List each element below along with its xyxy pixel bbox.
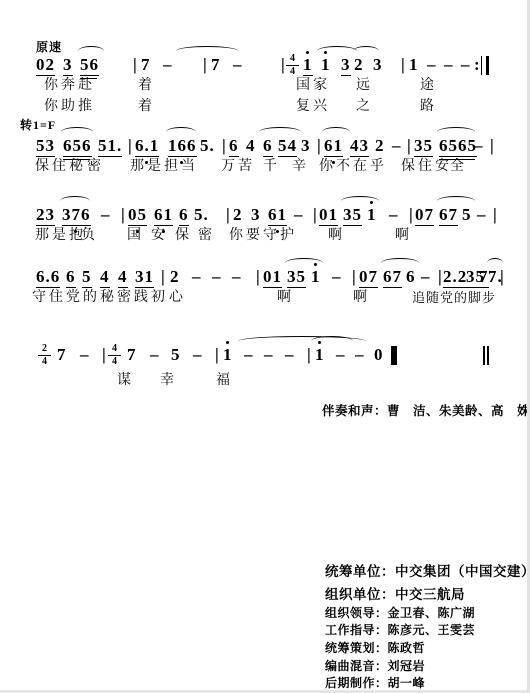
note: 61	[268, 206, 287, 226]
note: –	[233, 56, 243, 73]
lyric-syllable: 你不在乎	[319, 160, 387, 174]
note: 3	[63, 56, 73, 76]
time-signature-denominator: 4	[108, 355, 121, 367]
credit-line-arrangement: 编曲混音：刘冠岩	[325, 657, 425, 674]
slur	[487, 258, 503, 268]
barline: |	[493, 206, 498, 223]
note: 2	[354, 56, 364, 73]
note: 7	[127, 346, 137, 363]
lyric-syllable: 国家	[296, 79, 330, 93]
note: 31	[135, 268, 154, 288]
barline: |	[203, 56, 208, 73]
barline: |	[352, 268, 357, 285]
lyric-syllable: 啊	[277, 291, 294, 305]
lyric-syllable: 着	[138, 79, 155, 93]
credit-line-planning: 统筹策划：陈政哲	[325, 639, 425, 656]
note: –	[336, 346, 346, 363]
lyric-syllable: 负	[81, 229, 98, 243]
note: –	[294, 206, 304, 223]
note: 61	[154, 206, 173, 226]
tempo-mark: 转1=F	[20, 116, 56, 133]
slur	[78, 46, 104, 56]
note: –	[264, 346, 274, 363]
lyric-syllable: 你助推	[44, 100, 95, 114]
double-barline	[483, 346, 489, 365]
note: 1	[303, 56, 313, 76]
note: 4	[118, 268, 128, 288]
lyric-syllable: 那是担	[130, 160, 181, 174]
slur	[176, 46, 238, 56]
slur	[166, 127, 196, 137]
note: –	[332, 268, 342, 285]
note: 07	[415, 206, 434, 226]
slur	[381, 258, 419, 268]
lyric-syllable: 全	[450, 160, 467, 174]
note: 3	[301, 137, 311, 154]
lyric-syllable: 啊	[353, 291, 370, 305]
slur	[60, 196, 90, 206]
slur	[353, 46, 379, 56]
time-signature-numerator: 4	[286, 54, 299, 65]
note: 2.2	[443, 268, 467, 288]
note: –	[474, 137, 484, 154]
note: –	[150, 346, 160, 363]
note: 67	[383, 268, 402, 288]
tempo-mark: 原速	[36, 38, 62, 55]
lyric-syllable: 安	[151, 229, 168, 243]
note: 53	[36, 137, 55, 157]
lyric-syllable: 千	[263, 160, 280, 174]
lyric-syllable: 追随党的脚步	[412, 291, 496, 304]
slur	[259, 127, 301, 137]
note: –	[444, 56, 454, 73]
note: 1	[321, 56, 331, 73]
credit-line-leadership: 组织领导：金卫春、陈广湖	[325, 604, 475, 621]
lyric-syllable: 保	[175, 229, 192, 243]
barline: |	[401, 56, 406, 73]
note: 7	[141, 56, 151, 73]
barline: |	[500, 268, 505, 285]
barline: |	[133, 56, 138, 73]
note: –	[421, 268, 431, 285]
slur	[437, 127, 475, 137]
note: 656	[63, 137, 92, 157]
note: 35	[287, 268, 306, 288]
final-barline	[391, 346, 397, 365]
lyric-syllable: 万苦	[221, 160, 255, 174]
time-signature-denominator: 4	[286, 65, 299, 77]
note: –	[244, 346, 254, 363]
note: –	[392, 137, 402, 154]
note: –	[389, 206, 399, 223]
note: 67	[439, 206, 458, 226]
note: –	[477, 206, 487, 223]
note: 7	[57, 346, 67, 363]
time-signature-denominator: 4	[38, 355, 51, 367]
slur	[285, 258, 323, 268]
lyric-syllable: 啊	[395, 229, 412, 243]
barline: |	[317, 137, 322, 154]
lyric-syllable: 着	[138, 100, 155, 114]
barline: |	[256, 268, 261, 285]
barline: |	[307, 346, 312, 363]
end-repeat-barline	[481, 56, 489, 75]
note: 54	[278, 137, 297, 157]
note: 2	[170, 268, 180, 285]
note: 61	[324, 137, 343, 157]
lyric-syllable: 当	[181, 160, 198, 174]
note: –	[232, 268, 242, 285]
note: 3	[373, 56, 383, 73]
note: 01	[319, 206, 338, 226]
note: 35	[343, 206, 362, 226]
slur	[61, 127, 93, 137]
note: 56	[80, 56, 99, 76]
note: 2	[375, 137, 385, 154]
lyric-syllable: 复兴	[296, 100, 330, 114]
time-signature-numerator: 2	[38, 344, 51, 355]
note: 05	[128, 206, 147, 226]
lyric-syllable: 心	[169, 291, 186, 305]
note: 1	[315, 346, 325, 363]
barline: |	[409, 206, 414, 223]
lyric-syllable: 守住党的秘密践初	[32, 291, 168, 305]
note: 376	[62, 206, 91, 226]
lyric-syllable: 幸	[160, 374, 177, 388]
note: –	[461, 56, 471, 73]
slur	[322, 127, 350, 137]
note: 6	[66, 268, 76, 288]
time-signature: 44	[108, 344, 121, 367]
lyric-syllable: 你要守护	[229, 229, 297, 243]
lyric-syllable: 国	[127, 229, 144, 243]
barline: |	[226, 206, 231, 223]
note: 2	[233, 206, 243, 223]
barline: |	[128, 137, 133, 154]
slur	[311, 336, 353, 346]
note: 3	[341, 56, 351, 76]
note: –	[163, 56, 173, 73]
time-signature: 44	[286, 54, 299, 77]
note: 07	[359, 268, 378, 288]
time-signature-numerator: 4	[108, 344, 121, 355]
barline: |	[313, 206, 318, 223]
note: 01	[263, 268, 282, 288]
lyric-syllable: 你奔赴	[44, 79, 95, 93]
note: –	[192, 268, 202, 285]
note: –	[355, 346, 365, 363]
octave-dot-high	[306, 51, 309, 54]
lyric-syllable: 路	[420, 100, 437, 114]
lyric-syllable: 谋	[117, 374, 134, 388]
lyric-syllable: 之	[356, 100, 373, 114]
note: 1	[367, 206, 377, 223]
note: 1	[223, 346, 233, 363]
note: –	[80, 346, 90, 363]
barline: |	[161, 268, 166, 285]
lyric-syllable: 辛	[292, 160, 309, 174]
note: 7	[211, 56, 221, 73]
note: 02	[36, 56, 55, 76]
note: –	[193, 346, 203, 363]
note: :	[474, 56, 481, 73]
lyric-syllable: 保住秘	[35, 160, 86, 174]
barline: |	[490, 137, 495, 154]
barline: |	[222, 137, 227, 154]
slur	[317, 46, 357, 56]
note: 5.	[194, 206, 209, 223]
credit-line-organizer: 统筹单位：中交集团（中国交建）	[325, 560, 530, 580]
lyric-syllable: 啊	[328, 229, 345, 243]
lyric-syllable: 远	[356, 79, 373, 93]
barline: |	[407, 137, 412, 154]
credit-line-postproduction: 后期制作：胡一峰	[325, 674, 425, 691]
note: 51.	[98, 137, 122, 157]
note: –	[101, 206, 111, 223]
note: –	[212, 268, 222, 285]
barline: |	[215, 346, 220, 363]
barline: |	[102, 346, 107, 363]
note: 23	[36, 206, 55, 226]
rest-note: 0	[374, 346, 384, 363]
note: 35	[414, 137, 433, 157]
lyric-syllable: 密	[87, 160, 104, 174]
note: 6	[229, 137, 239, 157]
note: 4	[100, 268, 110, 288]
lyric-syllable: 保住安	[401, 160, 452, 174]
note: 6.1	[135, 137, 159, 157]
note: –	[427, 56, 437, 73]
note: 6	[179, 206, 189, 226]
credit-line-guidance: 工作指导：陈彦元、王雯芸	[325, 621, 475, 638]
slur	[437, 196, 475, 206]
lyric-syllable: 途	[420, 79, 437, 93]
lyric-syllable: 密	[198, 229, 215, 243]
note: 5	[171, 346, 181, 363]
note: –	[285, 346, 295, 363]
note: 6	[263, 137, 273, 157]
note: 6565	[439, 137, 477, 157]
note: 5.	[200, 137, 215, 154]
sheet-music-page: 原速02356|7–|7–|4411323|1–––:你奔赴着国家远途你助推着复…	[0, 0, 530, 693]
note: 6.6	[36, 268, 60, 288]
note: 1	[311, 268, 321, 285]
note: 43	[350, 137, 369, 157]
accompaniment-credit: 伴奏和声：曹 洁、朱美龄、高 姝	[322, 401, 530, 419]
barline: |	[121, 206, 126, 223]
slur	[341, 196, 379, 206]
note: 166	[168, 137, 197, 157]
octave-dot-high	[226, 341, 229, 344]
credit-line-organizing-unit: 组织单位：中交三航局	[325, 583, 465, 603]
note: 1	[409, 56, 419, 73]
lyric-syllable: 福	[216, 374, 233, 388]
lyric-syllable: 那是抱	[35, 229, 86, 243]
note: 3	[251, 206, 261, 223]
note: 4	[246, 137, 256, 154]
note: 6	[406, 268, 416, 285]
note: 5	[462, 206, 472, 223]
time-signature: 24	[38, 344, 51, 367]
note: 5	[82, 268, 92, 288]
